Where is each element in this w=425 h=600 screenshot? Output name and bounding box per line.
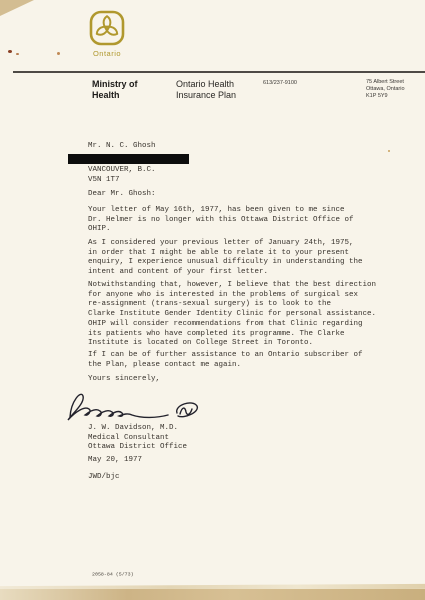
- scan-corner-fold: [0, 0, 34, 16]
- scan-background-band: [0, 589, 425, 600]
- closing: Yours sincerely,: [88, 375, 160, 385]
- ontario-logo-wordmark: Ontario: [85, 49, 129, 58]
- letterhead-rule: [13, 71, 425, 73]
- signature-block: J. W. Davidson, M.D. Medical Consultant …: [88, 424, 187, 453]
- reference-initials: JWD/bjc: [88, 473, 120, 483]
- phone-number: 613/237-9100: [263, 80, 297, 86]
- ontario-trillium-icon: [87, 10, 127, 48]
- recipient-address: VANCOUVER, B.C. V5N 1T7: [88, 166, 156, 185]
- letter-date: May 20, 1977: [88, 456, 142, 466]
- scan-speck: [57, 52, 60, 55]
- redaction-bar: [68, 154, 189, 164]
- form-number: 2058-84 (5/73): [92, 571, 134, 577]
- letterhead-address: 75 Albert Street Ottawa, Ontario K1P 5Y9: [366, 79, 405, 100]
- body-paragraph-2: As I considered your previous letter of …: [88, 239, 363, 278]
- body-paragraph-1: Your letter of May 16th, 1977, has been …: [88, 206, 354, 235]
- scan-speck: [16, 53, 19, 55]
- body-paragraph-3: Notwithstanding that, however, I believe…: [88, 281, 376, 349]
- scan-speck: [8, 50, 12, 53]
- ontario-logo: Ontario: [85, 10, 129, 58]
- ministry-name: Ministry of Health: [92, 79, 138, 101]
- recipient-name: Mr. N. C. Ghosh: [88, 142, 156, 152]
- program-name: Ontario Health Insurance Plan: [176, 79, 236, 101]
- letter-page: Ontario Ministry of Health Ontario Healt…: [0, 0, 425, 591]
- salutation: Dear Mr. Ghosh:: [88, 190, 156, 200]
- scan-speck: [388, 150, 390, 152]
- body-paragraph-4: If I can be of further assistance to an …: [88, 351, 363, 370]
